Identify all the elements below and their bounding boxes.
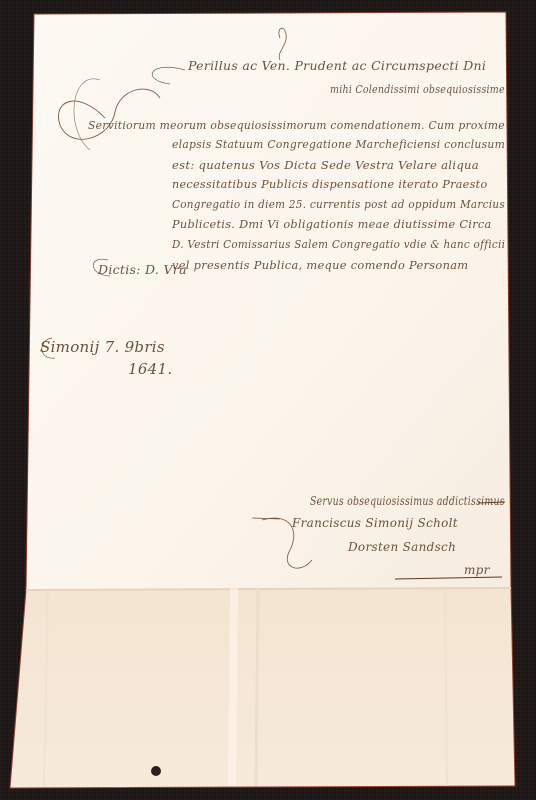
year-line: 1641. xyxy=(128,360,172,378)
salutation-line-2: mihi Colendissimi obsequiosissime xyxy=(330,82,505,96)
manuscript-letter: Perillus ac Ven. Prudent ac Circumspecti… xyxy=(0,0,536,800)
body-line-7: D. Vestri Comissarius Salem Congregatio … xyxy=(172,238,505,251)
body-line-5: Congregatio in diem 25. currentis post a… xyxy=(172,198,505,211)
closing-line: Dictis: D. Vra xyxy=(98,262,187,277)
signature-mark: mpr xyxy=(464,563,490,577)
signature-line-3: Dorsten Sandsch xyxy=(348,540,456,554)
signature-line-2: Franciscus Simonij Scholt xyxy=(292,516,458,530)
body-line-1: Servitiorum meorum obsequiosissimorum co… xyxy=(88,118,505,132)
punch-hole xyxy=(151,766,161,776)
body-line-6: Publicetis. Dmi Vi obligationis meae diu… xyxy=(172,218,492,231)
salutation-line-1: Perillus ac Ven. Prudent ac Circumspecti… xyxy=(188,58,486,73)
body-line-8: vel presentis Publica, meque comendo Per… xyxy=(172,258,468,272)
signature-line-1: Servus obsequiosissimus addictissimus xyxy=(310,494,505,508)
place-date: Simonij 7. 9bris xyxy=(40,338,165,356)
body-line-3: est: quatenus Vos Dicta Sede Vestra Vela… xyxy=(172,158,479,172)
body-line-4: necessitatibus Publicis dispensatione it… xyxy=(172,178,487,191)
body-line-2: elapsis Statuum Congregatione Marchefici… xyxy=(172,138,505,151)
